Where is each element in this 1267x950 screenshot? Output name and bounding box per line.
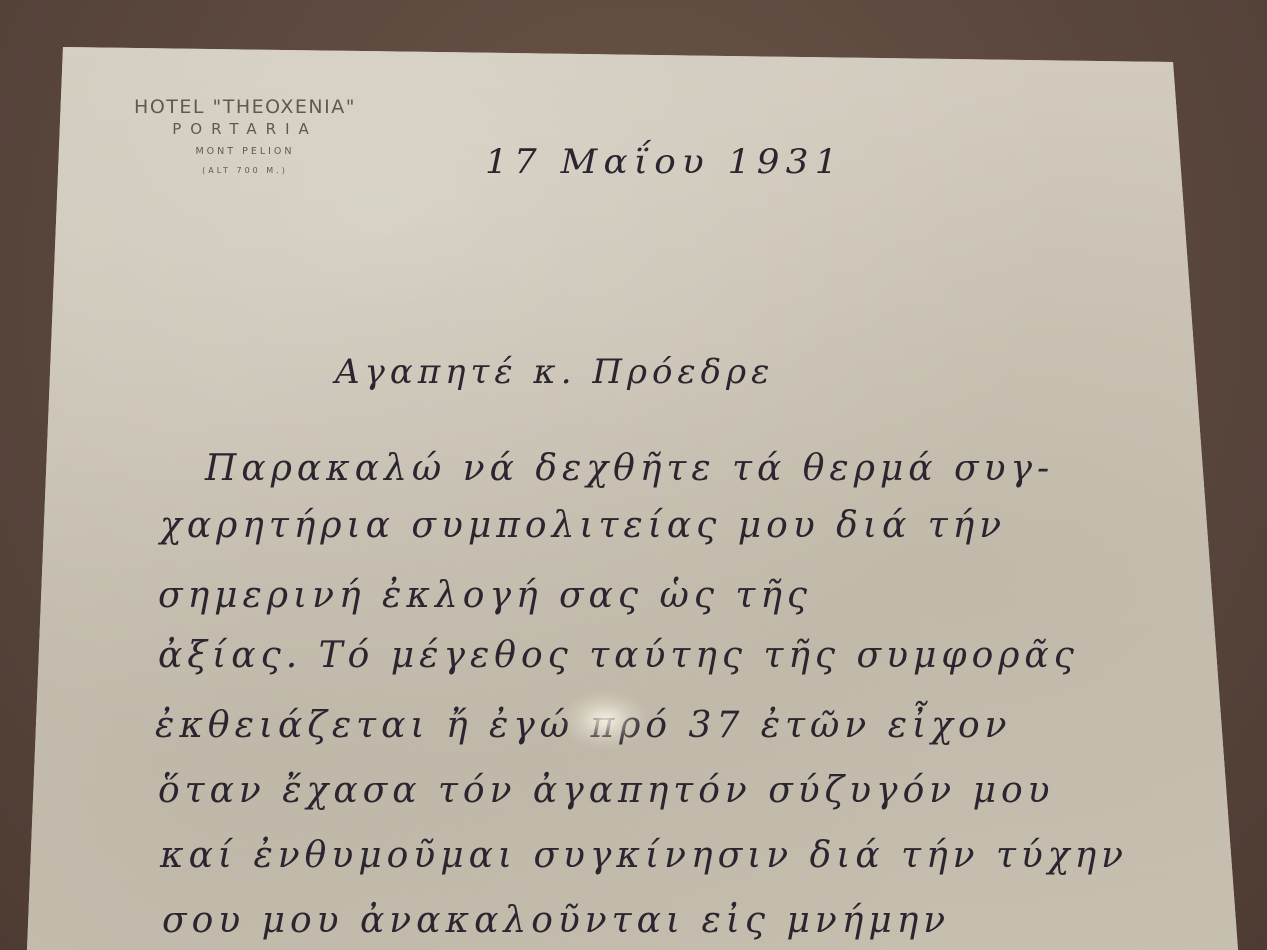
- letter-date: 17 Μαΐου 1931: [485, 142, 844, 182]
- letterhead-hotel-name: HOTEL "THEOXENIA": [110, 96, 380, 118]
- body-line: σου μου ἀνακαλοῦνται εἰς μνήμην: [162, 900, 950, 941]
- light-glare: [560, 690, 650, 750]
- letterhead-town: PORTARIA: [110, 120, 380, 138]
- letter-salutation: Αγαπητέ κ. Πρόεδρε: [335, 352, 774, 392]
- body-line: Παρακαλώ νά δεχθῆτε τά θερμά συγ-: [205, 448, 1054, 489]
- letterhead-mountain: MONT PELION: [110, 146, 380, 157]
- body-line: χαρητήρια συμπολιτείας μου διά τήν: [160, 505, 1006, 546]
- body-line: ἀξίας. Τό μέγεθος ταύτης τῆς συμφορᾶς: [158, 635, 1079, 676]
- letterhead-altitude: (ALT 700 M.): [110, 166, 380, 175]
- body-line: ὅταν ἔχασα τόν ἀγαπητόν σύζυγόν μου: [158, 770, 1055, 811]
- hotel-letterhead: HOTEL "THEOXENIA" PORTARIA MONT PELION (…: [110, 96, 380, 175]
- body-line: καί ἐνθυμοῦμαι συγκίνησιν διά τήν τύχην: [160, 835, 1128, 876]
- body-line: σημερινή ἐκλογή σας ὡς τῆς: [158, 575, 812, 616]
